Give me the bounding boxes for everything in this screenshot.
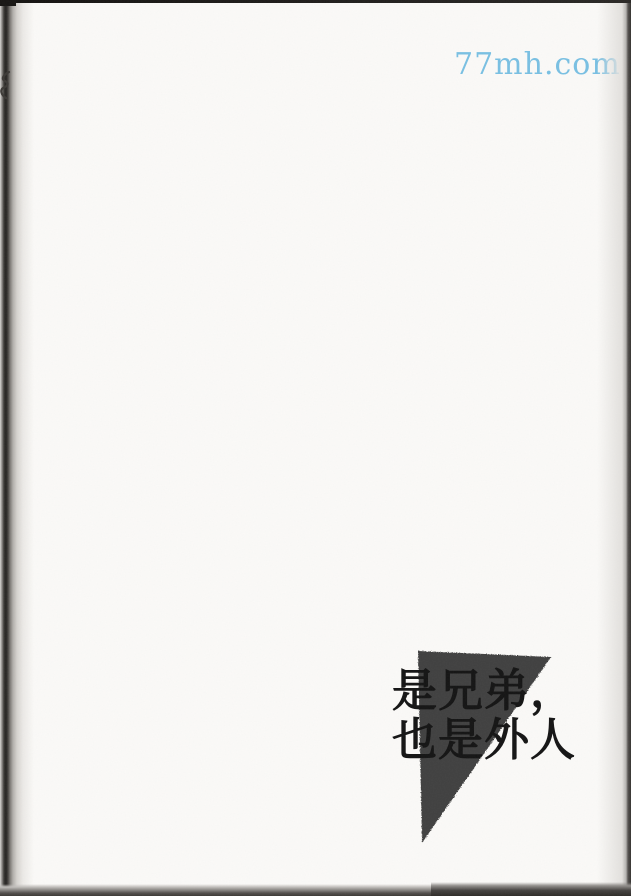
right-page-edge — [597, 0, 631, 896]
scanned-manga-page: 是兄弟， 也是外人 77mh.com — [0, 0, 631, 896]
watermark-text: 77mh.com — [454, 50, 621, 80]
top-left-corner-edge — [0, 0, 16, 6]
chapter-title-line-1: 是兄弟， — [392, 666, 576, 715]
ink-smudge-icon — [0, 71, 12, 105]
bottom-right-corner-edge — [431, 882, 631, 896]
chapter-title: 是兄弟， 也是外人 — [392, 666, 576, 764]
chapter-title-line-2: 也是外人 — [392, 715, 576, 764]
top-page-edge — [0, 0, 631, 3]
left-binding-shadow — [0, 0, 34, 896]
